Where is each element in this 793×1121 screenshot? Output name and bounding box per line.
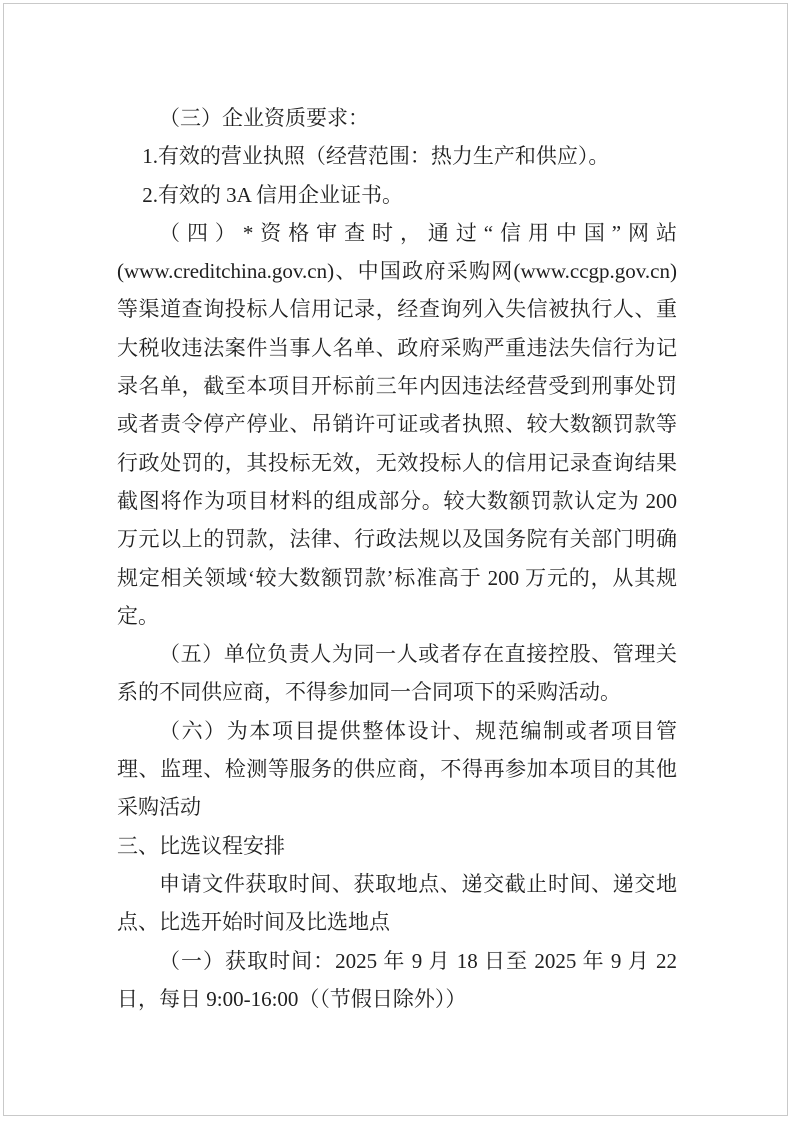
para-same-responsible-person-rule: （五）单位负责人为同一人或者存在直接控股、管理关系的不同供应商，不得参加同一合同…: [117, 635, 677, 712]
section-heading-comparison-schedule: 三、比选议程安排: [117, 827, 677, 865]
para-obtain-time: （一）获取时间：2025 年 9 月 18 日至 2025 年 9 月 22 日…: [117, 942, 677, 1019]
para-qualification-requirements-heading: （三）企业资质要求：: [117, 99, 677, 137]
document-body: （三）企业资质要求： 1.有效的营业执照（经营范围：热力生产和供应）。 2.有效…: [117, 99, 677, 1018]
para-schedule-intro: 申请文件获取时间、获取地点、递交截止时间、递交地点、比选开始时间及比选地点: [117, 865, 677, 942]
para-credit-certificate-item: 2.有效的 3A 信用企业证书。: [117, 176, 677, 214]
para-design-supervision-provider-rule: （六）为本项目提供整体设计、规范编制或者项目管理、监理、检测等服务的供应商，不得…: [117, 712, 677, 827]
document-page: （三）企业资质要求： 1.有效的营业执照（经营范围：热力生产和供应）。 2.有效…: [3, 3, 788, 1116]
para-business-license-item: 1.有效的营业执照（经营范围：热力生产和供应）。: [117, 137, 677, 175]
para-credit-record-check: （四）*资格审查时，通过“信用中国”网站(www.creditchina.gov…: [117, 214, 677, 635]
